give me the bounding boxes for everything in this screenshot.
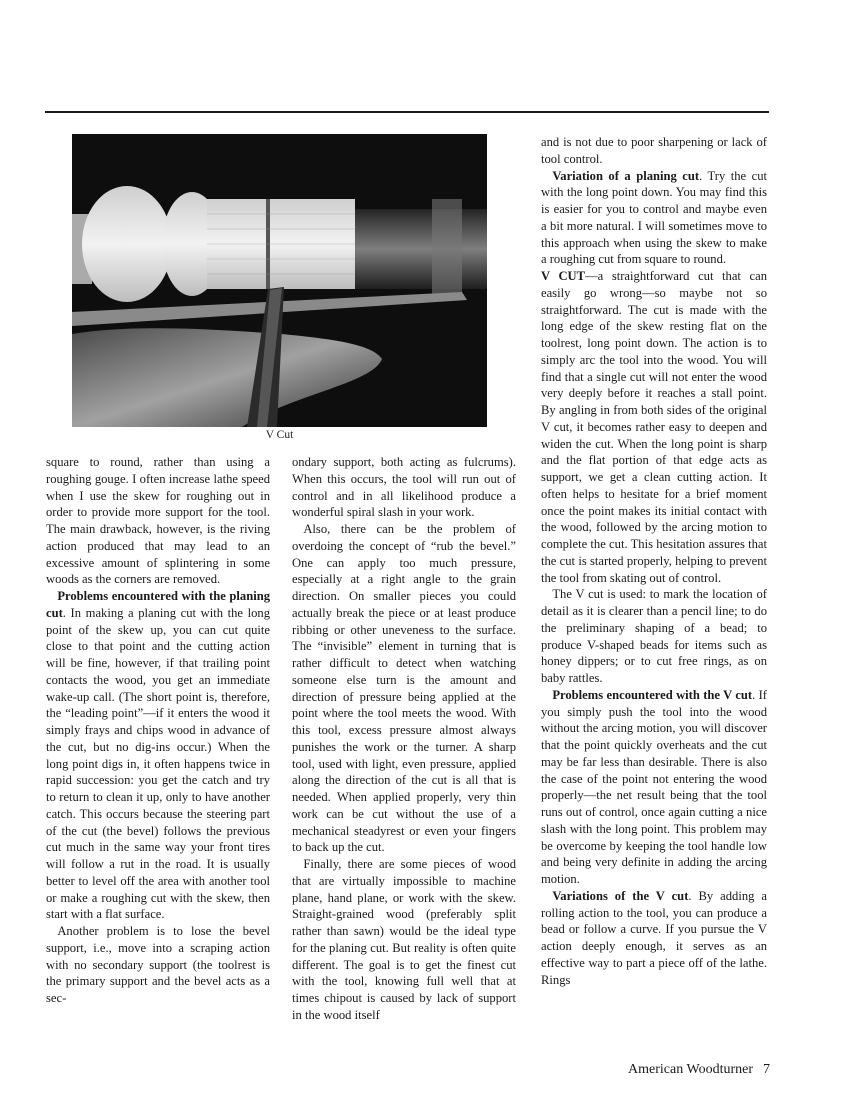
subheading: Problems encountered with the V cut	[552, 688, 752, 702]
text-column-1: square to round, rather than using a rou…	[46, 454, 270, 1007]
subheading: Variations of the V cut	[552, 889, 688, 903]
page-footer: American Woodturner7	[628, 1062, 770, 1078]
paragraph: Variation of a planing cut. Try the cut …	[541, 168, 767, 269]
paragraph: square to round, rather than using a rou…	[46, 454, 270, 588]
paragraph-text: Also, there can be the problem of overdo…	[292, 522, 516, 854]
paragraph: Finally, there are some pieces of wood t…	[292, 856, 516, 1024]
paragraph: V CUT—a straightforward cut that can eas…	[541, 268, 767, 586]
paragraph: Problems encountered with the V cut. If …	[541, 687, 767, 888]
paragraph: Another problem is to lose the bevel sup…	[46, 923, 270, 1007]
page-number: 7	[763, 1062, 770, 1077]
subheading: Variation of a planing cut	[552, 169, 699, 183]
paragraph-text: square to round, rather than using a rou…	[46, 455, 270, 586]
v-cut-photo	[72, 134, 487, 427]
publication-name: American Woodturner	[628, 1062, 753, 1077]
paragraph-text: . If you simply push the tool into the w…	[541, 688, 767, 886]
paragraph: Problems encountered with the planing cu…	[46, 588, 270, 923]
paragraph-text: . By adding a rolling action to the tool…	[541, 889, 767, 987]
paragraph-text: The V cut is used: to mark the location …	[541, 587, 767, 685]
paragraph-text: —a straightforward cut that can easily g…	[541, 269, 767, 585]
lathe-photo-illustration	[72, 134, 487, 427]
text-column-2: ondary support, both acting as fulcrums)…	[292, 454, 516, 1024]
figure-caption: V Cut	[72, 429, 487, 441]
paragraph-text: Another problem is to lose the bevel sup…	[46, 924, 270, 1005]
paragraph: ondary support, both acting as fulcrums)…	[292, 454, 516, 521]
subheading: V CUT	[541, 269, 585, 283]
paragraph-text: Finally, there are some pieces of wood t…	[292, 857, 516, 1022]
paragraph-text: . Try the cut with the long point down. …	[541, 169, 767, 267]
paragraph-text: . In making a planing cut with the long …	[46, 606, 270, 922]
paragraph: The V cut is used: to mark the location …	[541, 586, 767, 687]
text-column-3: and is not due to poor sharpening or lac…	[541, 134, 767, 988]
paragraph-text: and is not due to poor sharpening or lac…	[541, 135, 767, 166]
paragraph: Also, there can be the problem of overdo…	[292, 521, 516, 856]
header-rule	[45, 111, 769, 113]
paragraph: and is not due to poor sharpening or lac…	[541, 134, 767, 168]
paragraph: Variations of the V cut. By adding a rol…	[541, 888, 767, 989]
paragraph-text: ondary support, both acting as fulcrums)…	[292, 455, 516, 519]
